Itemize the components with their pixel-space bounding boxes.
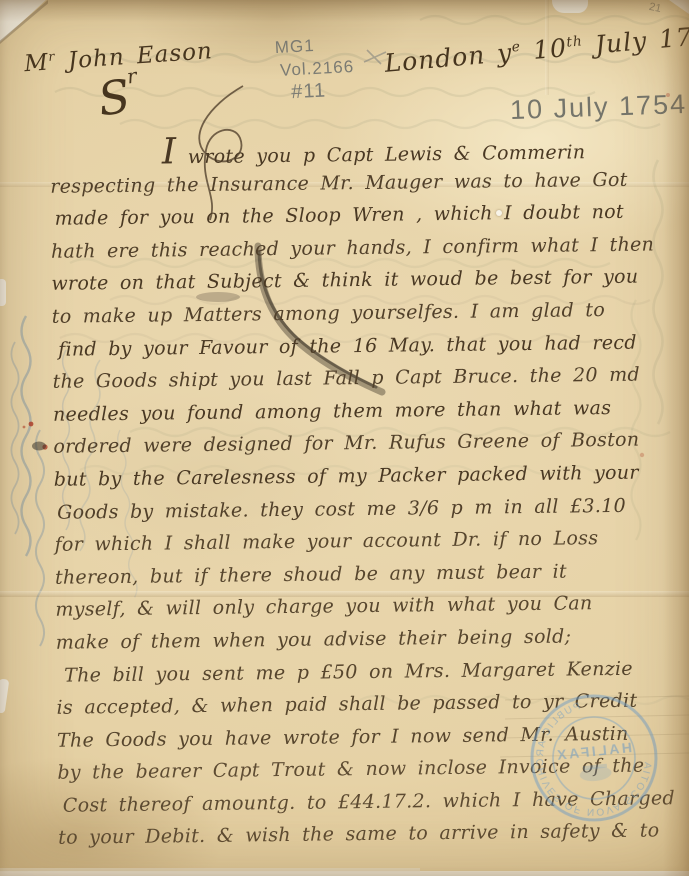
archive-stamp-svg: PUBLIC ARCHIVES OF NOVA SCOTIA HALIFAX [519, 683, 668, 832]
stamp-center-text: HALIFAX [554, 739, 633, 763]
torn-edge-left-upper [0, 279, 6, 306]
scan-shadow-top [0, 0, 689, 22]
archive-reference-pencil: MG1 Vol.2166 #11 [274, 32, 356, 105]
archive-ref-line: #11 [291, 78, 356, 104]
scan-shadow-right [663, 0, 689, 876]
scan-edge-bottom-2 [0, 868, 420, 872]
pencil-date: 10 July 1754 [510, 89, 688, 126]
scanned-letter-page: Mr John Eason Sr MG1 Vol.2166 #11 10 Jul… [0, 0, 689, 876]
archive-ref-line: Vol.2166 [279, 55, 354, 82]
archive-stamp: PUBLIC ARCHIVES OF NOVA SCOTIA HALIFAX [519, 683, 668, 832]
salutation: Sr [94, 63, 143, 126]
